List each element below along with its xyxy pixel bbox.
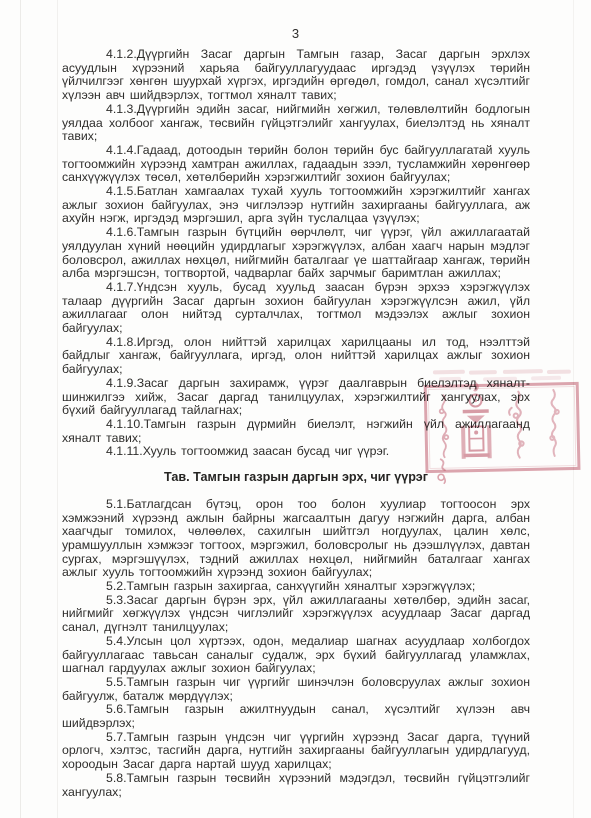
paragraph-5-4: 5.4.Улсын цол хүртээх, одон, медалиар ша… xyxy=(62,635,530,676)
paragraph-4-1-2: 4.1.2.Дүүргийн Засаг даргын Тамгын газар… xyxy=(62,48,530,103)
paragraph-5-5: 5.5.Тамгын газрын чиг үүргийг шинэчлэн б… xyxy=(62,676,530,703)
paragraph-4-1-7: 4.1.7.Үндсэн хууль, бусад хуульд заасан … xyxy=(62,281,530,336)
paragraph-5-8: 5.8.Тамгын газрын төсвийн хүрээний мэдэг… xyxy=(62,772,530,799)
paragraph-4-1-4: 4.1.4.Гадаад, дотоодын төрийн болон төри… xyxy=(62,144,530,185)
paragraph-5-7: 5.7.Тамгын газрын үндсэн чиг үүргийн хүр… xyxy=(62,731,530,772)
paragraph-4-1-9: 4.1.9.Засаг даргын захирамж, үүрэг даалг… xyxy=(62,377,530,418)
paragraph-4-1-10: 4.1.10.Тамгын газрын дүрмийн биелэлт, нэ… xyxy=(62,418,530,445)
paragraph-5-3: 5.3.Засаг даргын бүрэн эрх, үйл ажиллага… xyxy=(62,594,530,635)
paragraph-4-1-11: 4.1.11.Хууль тогтоомжид заасан бусад чиг… xyxy=(62,445,530,459)
section-5-heading: Тав. Тамгын газрын даргын эрх, чиг үүрэг xyxy=(62,471,530,485)
scan-fold-line xyxy=(573,0,574,818)
paragraph-4-1-8: 4.1.8.Иргэд, олон нийттэй харилцах харил… xyxy=(62,336,530,377)
paragraph-5-6: 5.6.Тамгын газрын ажилтнуудын санал, хүс… xyxy=(62,703,530,730)
paragraph-4-1-3: 4.1.3.Дүүргийн эдийн засаг, нийгмийн хөг… xyxy=(62,103,530,144)
document-body: 4.1.2.Дүүргийн Засаг даргын Тамгын газар… xyxy=(62,48,530,799)
scan-fold-line xyxy=(57,0,58,818)
scan-fold-line xyxy=(20,0,21,818)
page-number: 3 xyxy=(0,26,591,41)
paragraph-4-1-5: 4.1.5.Батлан хамгаалах тухай хууль тогто… xyxy=(62,185,530,226)
scanned-document-page: 3 4.1.2.Дүүргийн Засаг даргын Тамгын газ… xyxy=(0,0,591,818)
paragraph-4-1-6: 4.1.6.Тамгын газрын бүтцийн өөрчлөлт, чи… xyxy=(62,226,530,281)
paragraph-5-2: 5.2.Тамгын газрын захиргаа, санхүүгийн х… xyxy=(62,580,530,594)
paragraph-5-1: 5.1.Батлагдсан бүтэц, орон тоо болон хуу… xyxy=(62,498,530,580)
